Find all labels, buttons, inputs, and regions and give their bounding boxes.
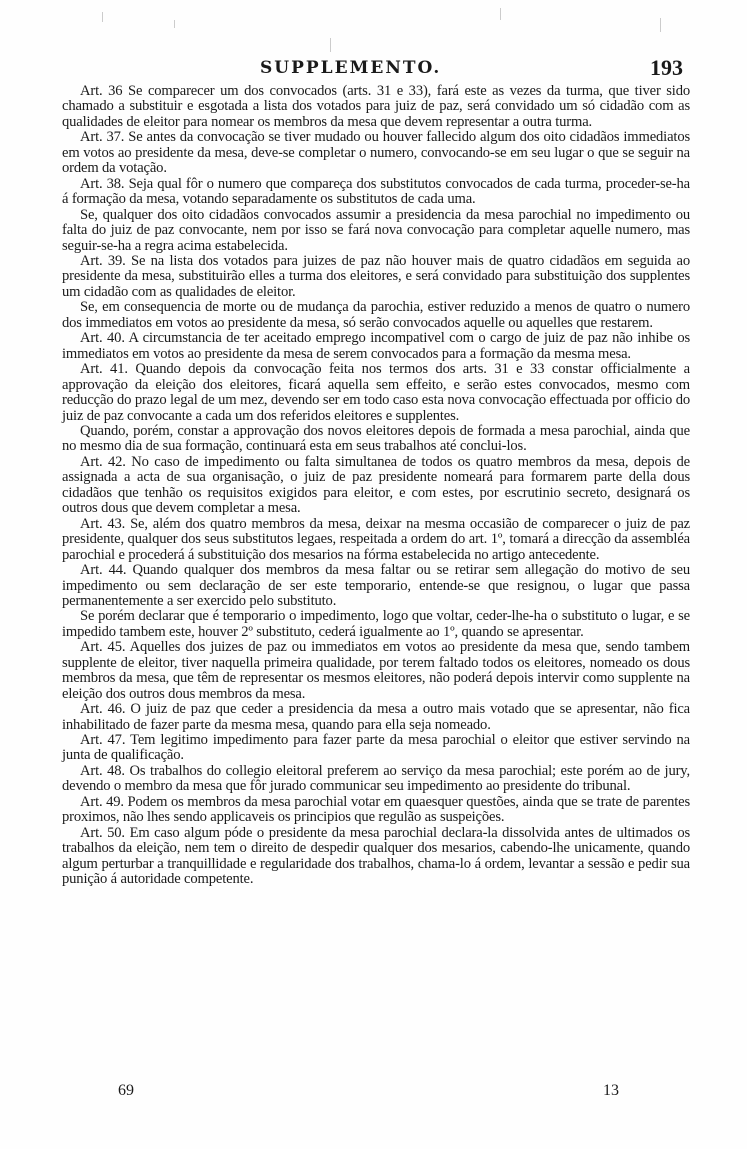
paragraph-art-36: Art. 36 Se comparecer um dos convocados … [62,84,690,130]
paragraph-art-48: Art. 48. Os trabalhos do collegio eleito… [62,764,690,795]
paragraph-art-40: Art. 40. A circumstancia de ter aceitado… [62,331,690,362]
paragraph-art-50: Art. 50. Em caso algum póde o presidente… [62,826,690,888]
running-title: SUPPLEMENTO. [260,58,441,78]
page-footer: 69 13 [0,1082,747,1102]
paragraph-art-49: Art. 49. Podem os membros da mesa paroch… [62,795,690,826]
signature-mark-left: 69 [118,1082,134,1100]
paragraph-art-44-cont: Se porém declarar que é temporario o imp… [62,609,690,640]
paragraph-art-45: Art. 45. Aquelles dos juizes de paz ou i… [62,640,690,702]
page-number: 193 [650,55,683,81]
paragraph-art-41-cont: Quando, porém, constar a approvação dos … [62,424,690,455]
paragraph-art-44: Art. 44. Quando qualquer dos membros da … [62,563,690,609]
scan-artifact [330,38,331,52]
scan-artifact [500,8,501,20]
signature-mark-right: 13 [603,1082,619,1100]
page-body: Art. 36 Se comparecer um dos convocados … [62,84,690,888]
scan-artifact [174,20,175,28]
paragraph-art-41: Art. 41. Quando depois da convocação fei… [62,362,690,424]
paragraph-art-42: Art. 42. No caso de impedimento ou falta… [62,455,690,517]
paragraph-art-39-cont: Se, em consequencia de morte ou de mudan… [62,300,690,331]
scan-artifact [102,12,103,22]
paragraph-art-39: Art. 39. Se na lista dos votados para ju… [62,254,690,300]
paragraph-art-37: Art. 37. Se antes da convocação se tiver… [62,130,690,176]
paragraph-art-43: Art. 43. Se, além dos quatro membros da … [62,517,690,563]
scan-artifact [660,18,661,32]
paragraph-art-38: Art. 38. Seja qual fôr o numero que comp… [62,177,690,208]
page-header: SUPPLEMENTO. 193 [0,58,747,82]
paragraph-art-47: Art. 47. Tem legitimo impedimento para f… [62,733,690,764]
paragraph-art-46: Art. 46. O juiz de paz que ceder a presi… [62,702,690,733]
scanned-page: SUPPLEMENTO. 193 Art. 36 Se comparecer u… [0,0,747,1149]
paragraph-art-38-cont: Se, qualquer dos oito cidadãos convocado… [62,208,690,254]
